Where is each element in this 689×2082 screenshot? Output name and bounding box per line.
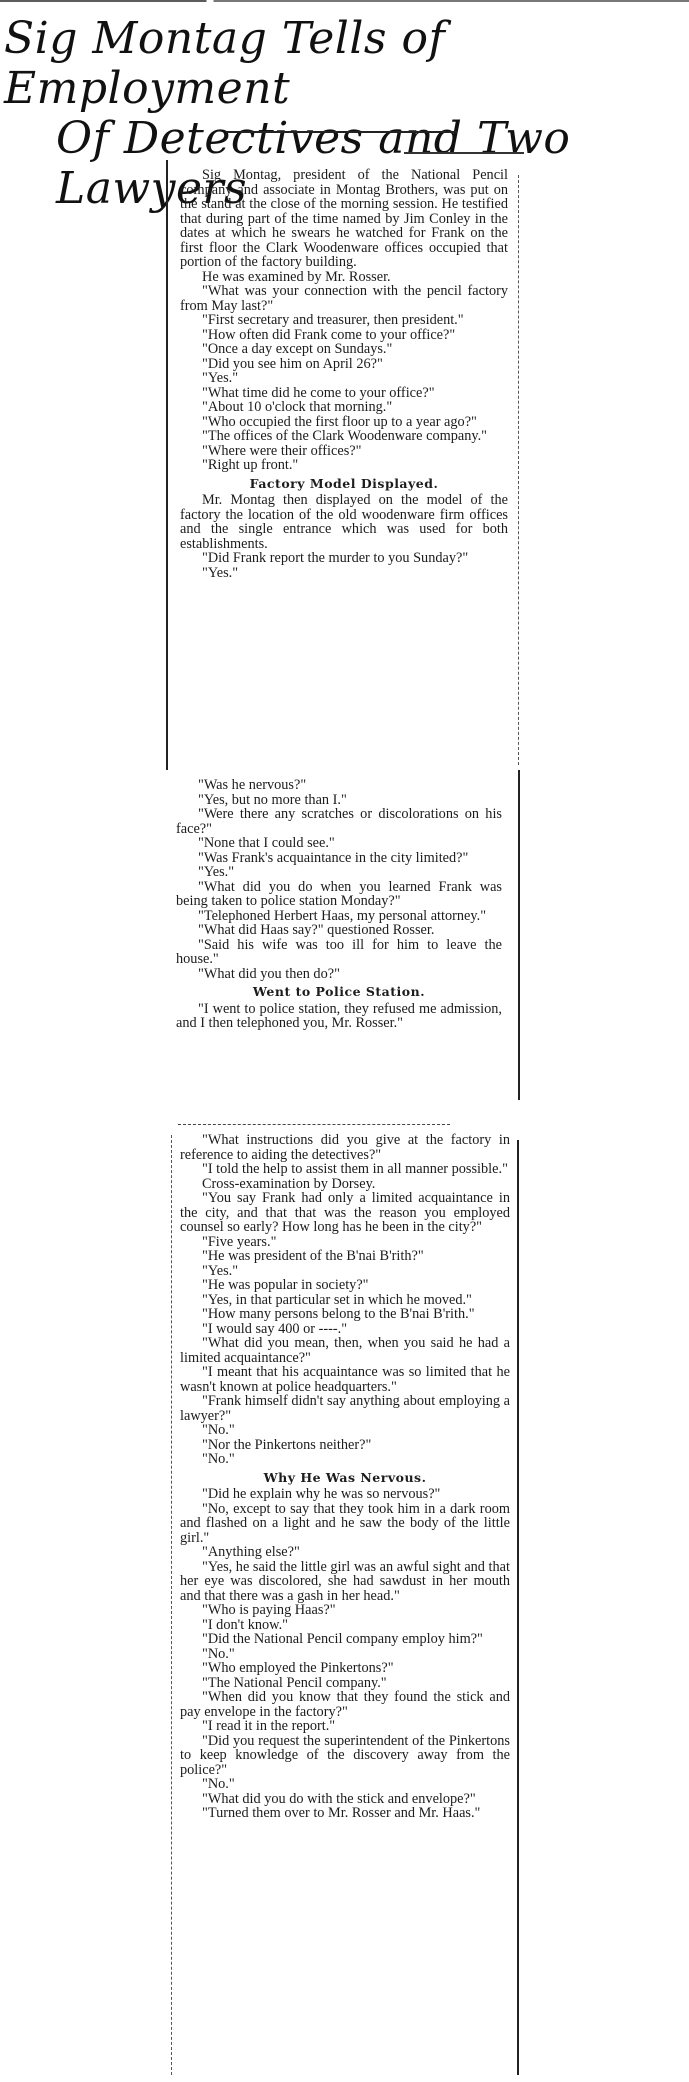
paragraph: He was examined by Mr. Rosser. [180,270,508,285]
paragraph: "I would say 400 or ----." [180,1322,510,1337]
paragraph: "Yes." [180,1264,510,1279]
column-border-left [166,160,168,770]
paragraph: "Yes." [180,566,508,581]
paragraph: "Were there any scratches or discolorati… [176,807,502,836]
paragraph: "Who occupied the first floor up to a ye… [180,415,508,430]
subhead-police-station: Went to Police Station. [176,985,502,1000]
article-block-2: "Was he nervous?""Yes, but no more than … [176,778,502,1031]
paragraph: "I meant that his acquaintance was so li… [180,1365,510,1394]
paragraph: "Nor the Pinkertons neither?" [180,1438,510,1453]
headline-rule [226,131,457,133]
paragraph: "No." [180,1423,510,1438]
paragraph: "Five years." [180,1235,510,1250]
column-border-left-3 [171,1135,173,2075]
paragraph: "Yes, he said the little girl was an awf… [180,1560,510,1604]
top-border-rule [0,0,689,2]
paragraph: "You say Frank had only a limited acquai… [180,1191,510,1235]
paragraph: "Did Frank report the murder to you Sund… [180,551,508,566]
block-2-paragraphs: "Was he nervous?""Yes, but no more than … [176,778,502,981]
paragraph: "No." [180,1777,510,1792]
subhead-why-nervous: Why He Was Nervous. [180,1471,510,1486]
paragraph: "I read it in the report." [180,1719,510,1734]
paragraph: "He was popular in society?" [180,1278,510,1293]
paragraph: "Where were their offices?" [180,444,508,459]
paragraph: "Did the National Pencil company employ … [180,1632,510,1647]
block-1-paragraphs: Sig Montag, president of the National Pe… [180,168,508,473]
paragraph: "Frank himself didn't say anything about… [180,1394,510,1423]
paragraph: "Right up front." [180,458,508,473]
block-3-paragraphs-after: "Did he explain why he was so nervous?""… [180,1487,510,1821]
paragraph: "Who employed the Pinkertons?" [180,1661,510,1676]
paragraph: "How many persons belong to the B'nai B'… [180,1307,510,1322]
paragraph: "Who is paying Haas?" [180,1603,510,1618]
block-1-paragraphs-after: Mr. Montag then displayed on the model o… [180,493,508,580]
paragraph: "When did you know that they found the s… [180,1690,510,1719]
paragraph: "Said his wife was too ill for him to le… [176,938,502,967]
paragraph: "None that I could see." [176,836,502,851]
headline-line-1: Sig Montag Tells of Employment [0,14,689,114]
paragraph: "Anything else?" [180,1545,510,1560]
paragraph: "First secretary and treasurer, then pre… [180,313,508,328]
paragraph: "The offices of the Clark Woodenware com… [180,429,508,444]
paragraph: "Yes, but no more than I." [176,793,502,808]
article-block-3: "What instructions did you give at the f… [180,1133,510,1821]
paragraph: "The National Pencil company." [180,1676,510,1691]
paragraph: "Did you request the superintendent of t… [180,1734,510,1778]
paragraph: "No." [180,1452,510,1467]
paragraph: "Yes." [180,371,508,386]
paragraph: "I went to police station, they refused … [176,1002,502,1031]
column-border-right-2 [518,770,520,1100]
paragraph: "Did he explain why he was so nervous?" [180,1487,510,1502]
block-2-paragraphs-after: "I went to police station, they refused … [176,1002,502,1031]
paragraph: "What did Haas say?" questioned Rosser. [176,923,502,938]
paragraph: "What was your connection with the penci… [180,284,508,313]
column-border-right-3 [517,1140,519,2075]
paragraph: "What time did he come to your office?" [180,386,508,401]
paragraph: "What did you do with the stick and enve… [180,1792,510,1807]
paragraph: "What instructions did you give at the f… [180,1133,510,1162]
paragraph: "Once a day except on Sundays." [180,342,508,357]
section-divider [178,1124,450,1126]
article-block-1: Sig Montag, president of the National Pe… [180,168,508,580]
paragraph: "Was he nervous?" [176,778,502,793]
paragraph: "Yes." [176,865,502,880]
paragraph: "How often did Frank come to your office… [180,328,508,343]
column-start-rule [404,152,524,154]
paragraph: Cross-examination by Dorsey. [180,1177,510,1192]
block-3-paragraphs: "What instructions did you give at the f… [180,1133,510,1467]
paragraph: "I don't know." [180,1618,510,1633]
paragraph: Sig Montag, president of the National Pe… [180,168,508,270]
paragraph: "Did you see him on April 26?" [180,357,508,372]
paragraph: "Telephoned Herbert Haas, my personal at… [176,909,502,924]
paragraph: "What did you do when you learned Frank … [176,880,502,909]
paragraph: "He was president of the B'nai B'rith?" [180,1249,510,1264]
paragraph: "No, except to say that they took him in… [180,1502,510,1546]
paragraph: "What did you then do?" [176,967,502,982]
column-border-right [518,175,520,765]
paragraph: "Turned them over to Mr. Rosser and Mr. … [180,1806,510,1821]
subhead-factory-model: Factory Model Displayed. [180,477,508,492]
paragraph: "No." [180,1647,510,1662]
paragraph: "Was Frank's acquaintance in the city li… [176,851,502,866]
paragraph: Mr. Montag then displayed on the model o… [180,493,508,551]
paragraph: "About 10 o'clock that morning." [180,400,508,415]
paragraph: "I told the help to assist them in all m… [180,1162,510,1177]
paragraph: "What did you mean, then, when you said … [180,1336,510,1365]
paragraph: "Yes, in that particular set in which he… [180,1293,510,1308]
